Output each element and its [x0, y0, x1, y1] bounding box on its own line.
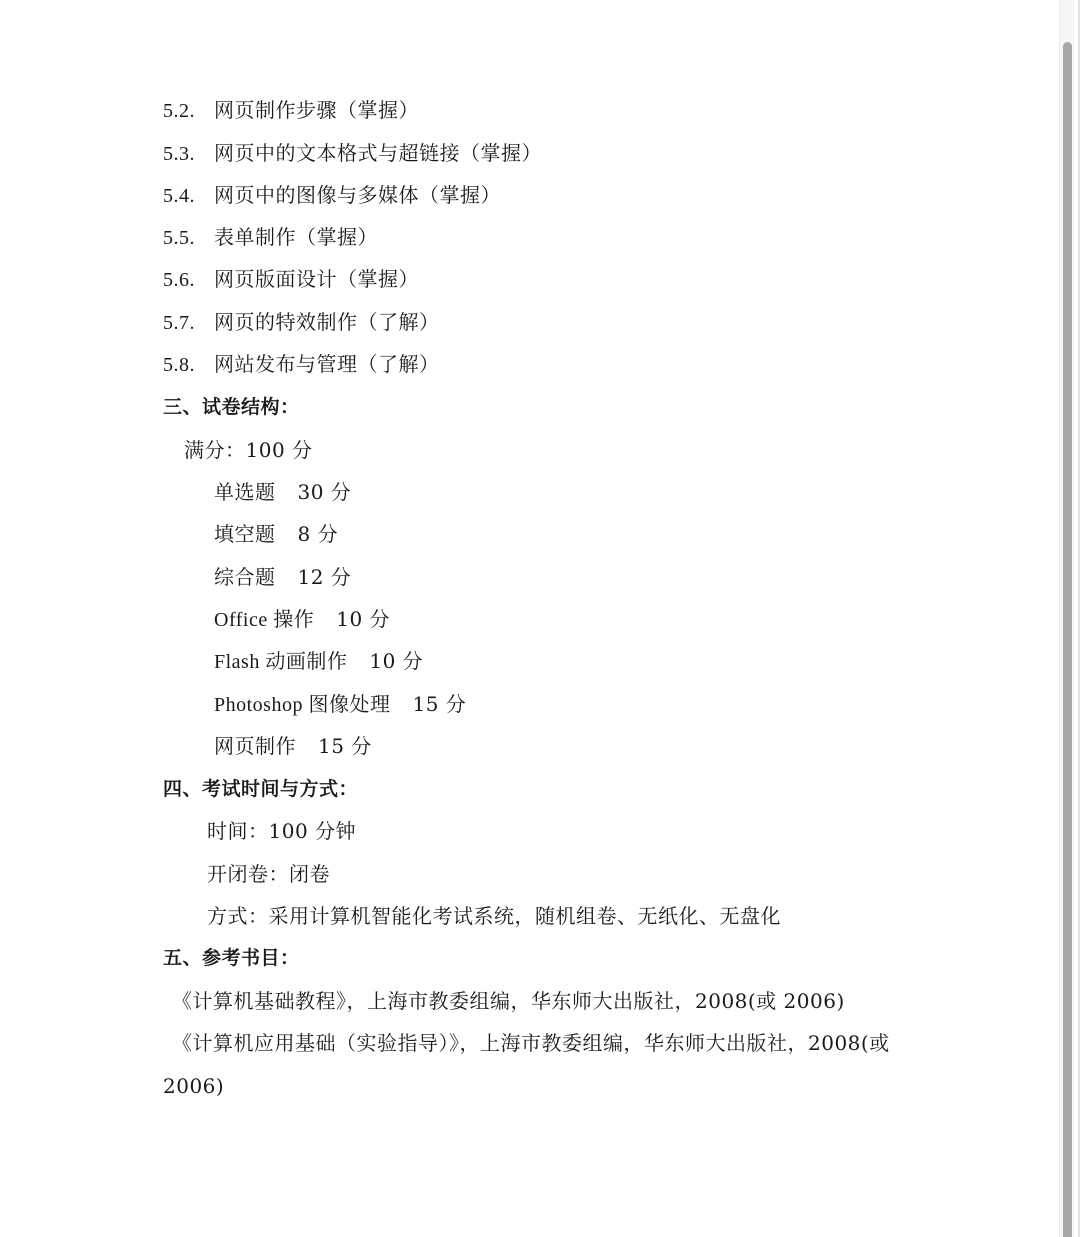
score-item: 综合题12 分	[214, 563, 351, 591]
score-item-value: 30 分	[298, 480, 352, 504]
score-item-value: 15 分	[412, 692, 466, 716]
item-number: 5.7.	[163, 309, 214, 337]
vertical-scrollbar[interactable]	[1059, 0, 1074, 1237]
section-heading-exam-structure: 三、试卷结构：	[163, 393, 300, 421]
item-text: 网页版面设计（掌握）	[214, 267, 419, 291]
score-item-label: Photoshop 图像处理	[214, 694, 390, 716]
item-number: 5.2.	[163, 97, 214, 125]
score-item-label: 网页制作	[214, 734, 296, 758]
score-item-value: 10 分	[336, 607, 390, 631]
score-item-value: 12 分	[298, 565, 352, 589]
section-heading-exam-time: 四、考试时间与方式：	[163, 775, 358, 803]
item-number: 5.6.	[163, 266, 214, 294]
exam-open-closed: 开闭卷：闭卷	[207, 860, 330, 888]
list-item-5-7: 5.7.网页的特效制作（了解）	[163, 308, 440, 337]
item-text: 网页制作步骤（掌握）	[214, 98, 419, 122]
item-number: 5.5.	[163, 224, 214, 252]
list-item-5-8: 5.8.网站发布与管理（了解）	[163, 350, 440, 379]
score-item-label: 单选题	[214, 480, 276, 504]
score-item: Office 操作10 分	[214, 605, 390, 634]
item-text: 网页中的图像与多媒体（掌握）	[214, 183, 501, 207]
reference-book-continuation: 2006)	[163, 1072, 224, 1100]
reference-book: 《计算机应用基础（实验指导）》，上海市教委组编，华东师大出版社，2008(或	[172, 1029, 890, 1057]
item-number: 5.3.	[163, 140, 214, 168]
score-item-label: 综合题	[214, 565, 276, 589]
score-item: 填空题8 分	[214, 520, 338, 548]
score-item: Flash 动画制作10 分	[214, 647, 423, 676]
score-item-label: 填空题	[214, 522, 276, 546]
list-item-5-6: 5.6.网页版面设计（掌握）	[163, 265, 419, 294]
item-text: 网站发布与管理（了解）	[214, 352, 440, 376]
score-item-label: Flash 动画制作	[214, 651, 347, 673]
list-item-5-5: 5.5.表单制作（掌握）	[163, 223, 378, 252]
section-heading-references: 五、参考书目：	[163, 944, 300, 972]
list-item-5-2: 5.2.网页制作步骤（掌握）	[163, 96, 419, 125]
item-text: 网页中的文本格式与超链接（掌握）	[214, 141, 542, 165]
score-item-value: 10 分	[369, 649, 423, 673]
item-text: 表单制作（掌握）	[214, 225, 378, 249]
score-item-value: 15 分	[318, 734, 372, 758]
score-item: 单选题30 分	[214, 478, 351, 506]
list-item-5-4: 5.4.网页中的图像与多媒体（掌握）	[163, 181, 501, 210]
score-item: 网页制作15 分	[214, 732, 372, 760]
item-number: 5.4.	[163, 182, 214, 210]
score-item-value: 8 分	[298, 522, 339, 546]
document-page: 5.2.网页制作步骤（掌握） 5.3.网页中的文本格式与超链接（掌握） 5.4.…	[0, 0, 1060, 1237]
scrollbar-thumb[interactable]	[1063, 42, 1072, 1237]
score-item: Photoshop 图像处理15 分	[214, 690, 466, 719]
total-score: 满分：100 分	[184, 436, 313, 464]
list-item-5-3: 5.3.网页中的文本格式与超链接（掌握）	[163, 139, 542, 168]
score-item-label: Office 操作	[214, 609, 314, 631]
item-text: 网页的特效制作（了解）	[214, 310, 440, 334]
exam-duration: 时间：100 分钟	[207, 817, 356, 845]
exam-method: 方式：采用计算机智能化考试系统，随机组卷、无纸化、无盘化	[207, 902, 781, 930]
item-number: 5.8.	[163, 351, 214, 379]
reference-book: 《计算机基础教程》，上海市教委组编，华东师大出版社，2008(或 2006)	[172, 987, 845, 1015]
